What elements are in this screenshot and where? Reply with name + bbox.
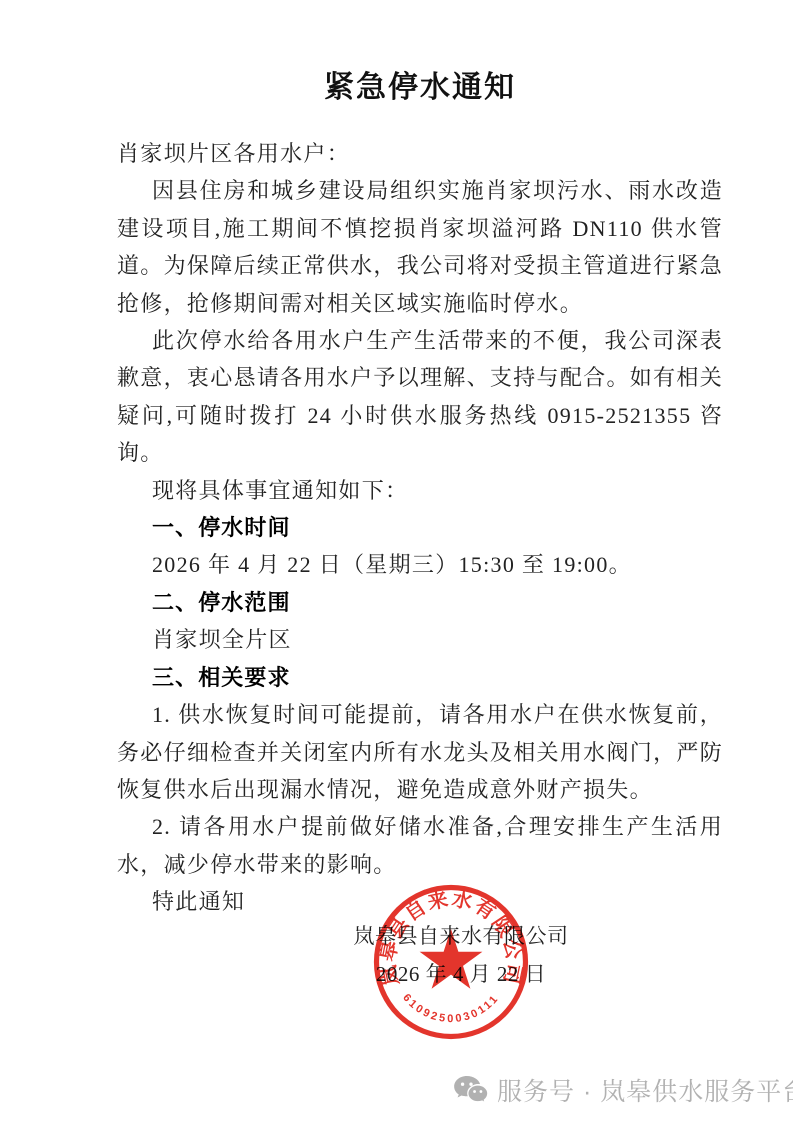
outage-time-value: 2026 年 4 月 22 日（星期三）15:30 至 19:00。	[117, 546, 723, 583]
wechat-account-watermark: 服务号 · 岚皋供水服务平台	[454, 1072, 793, 1108]
official-seal-stamp: 岚皋县自来水有限公司 6109250030111	[371, 882, 531, 1042]
requirement-item-1: 1. 供水恢复时间可能提前，请各用水户在供水恢复前，务必仔细检查并关闭室内所有水…	[117, 696, 723, 808]
notice-document: 紧急停水通知 肖家坝片区各用水户： 因县住房和城乡建设局组织实施肖家坝污水、雨水…	[117, 0, 723, 921]
section-heading-requirements: 三、相关要求	[117, 659, 723, 696]
outage-area-value: 肖家坝全片区	[117, 621, 723, 658]
page-title: 紧急停水通知	[117, 70, 723, 106]
section-heading-outage-time: 一、停水时间	[117, 509, 723, 546]
salutation: 肖家坝片区各用水户：	[117, 135, 723, 172]
paragraph-apology: 此次停水给各用水户生产生活带来的不便，我公司深表歉意，衷心恳请各用水户予以理解、…	[117, 322, 723, 472]
seal-number-container: 6109250030111	[400, 992, 502, 1025]
footer-label: 服务号 · 岚皋供水服务平台	[497, 1072, 793, 1108]
seal-star-icon	[420, 929, 483, 989]
paragraph-cause: 因县住房和城乡建设局组织实施肖家坝污水、雨水改造建设项目,施工期间不慎挖损肖家坝…	[117, 172, 723, 322]
notice-page: 紧急停水通知 肖家坝片区各用水户： 因县住房和城乡建设局组织实施肖家坝污水、雨水…	[0, 0, 793, 1122]
paragraph-intro: 现将具体事宜通知如下：	[117, 472, 723, 509]
wechat-icon	[454, 1076, 488, 1105]
requirement-item-2: 2. 请各用水户提前做好储水准备,合理安排生产生活用水，减少停水带来的影响。	[117, 808, 723, 883]
seal-number: 6109250030111	[400, 992, 502, 1025]
section-heading-outage-area: 二、停水范围	[117, 584, 723, 621]
notice-body: 肖家坝片区各用水户： 因县住房和城乡建设局组织实施肖家坝污水、雨水改造建设项目,…	[117, 135, 723, 921]
